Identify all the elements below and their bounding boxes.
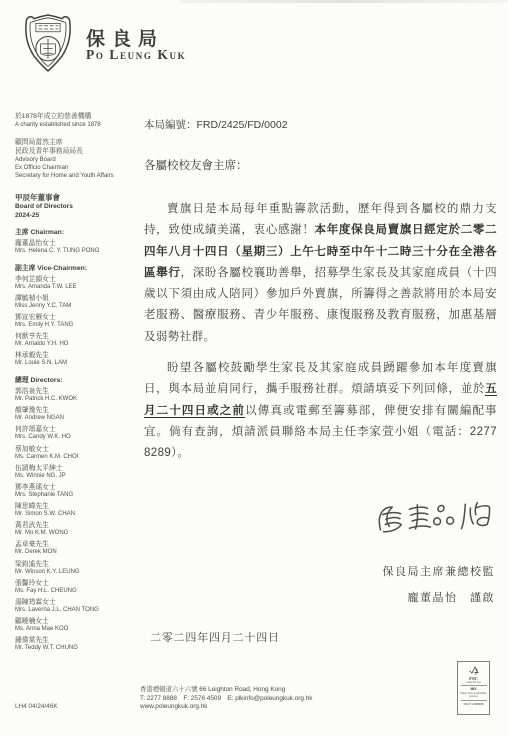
board-member: 孟卓豪先生Mr. Derek MON xyxy=(15,540,141,557)
member-name-zh: 郭浩泉先生 xyxy=(15,387,141,396)
board-member: 陳思暐先生Mr. Simon S.W. CHAN xyxy=(15,502,141,519)
paragraph-2: 盼望各屬校鼓勵學生家長及其家庭成員踴躍參加本年度賣旗日，與本局並肩同行，攜手服務… xyxy=(144,358,497,464)
paragraph-1-text-cont: ，深盼各屬校襄助善舉，招募學生家長及其家庭成員（十四歲以下須由成人陪同）參加戶外… xyxy=(144,267,497,343)
member-name-en: Ms. Fay H.L. CHEUNG xyxy=(15,588,141,596)
advisory-en-line3: Secretary for Home and Youth Affairs xyxy=(15,172,141,180)
po-leung-kuk-shield-logo xyxy=(20,13,76,73)
member-name-zh: 譚毓楨小姐 xyxy=(15,294,141,303)
scan-artifact xyxy=(180,0,508,3)
board-of-directors-heading: 甲辰年董事會 Board of Directors 2024-25 xyxy=(15,193,141,220)
board-year-en: Board of Directors xyxy=(15,203,141,212)
member-name-en: Mr. Louie S.N. LAM xyxy=(15,360,141,368)
footer-website: www.poleungkuk.org.hk xyxy=(140,703,312,712)
board-member: 鄧宣宏雁女士Mrs. Emily H.Y. TANG xyxy=(15,313,141,330)
org-name-english: Po Leung Kuk xyxy=(86,47,186,63)
established-en: A charity established since 1878 xyxy=(15,121,141,129)
board-member: 龐董晶怡女士Mrs. Helena C. Y. TUNG PONG xyxy=(15,239,141,256)
member-name-zh: 孟卓豪先生 xyxy=(15,540,141,549)
board-member: 鄧李燕瑤女士Mrs. Stephanie TANG xyxy=(15,483,141,500)
footer-contacts: T: 2277 8888 F: 2576 4509 E: plkinfo@pol… xyxy=(140,695,312,704)
board-member: 林承毅先生Mr. Louie S.N. LAM xyxy=(15,351,141,368)
advisory-en-line2: Ex Officio Chairman xyxy=(15,164,141,172)
board-member: 何猷亨先生Mr. Arnaldo Y.H. HO xyxy=(15,332,141,349)
member-name-en: Ms. Carmen K.M. CHOI xyxy=(15,454,141,462)
board-member: 顏肇豫先生Mr. Andrew NGAN xyxy=(15,406,141,423)
board-group: 副主席 Vice-Chairmen:李何芷韻女士Mrs. Amanda T.W.… xyxy=(15,264,141,368)
letter-date: 二零二四年四月二十四日 xyxy=(150,629,280,645)
member-name-zh: 顧曉楠女士 xyxy=(15,617,141,626)
board-member: 譚毓楨小姐Miss Jenny Y.C. TAM xyxy=(15,294,141,311)
board-member: 何許頌嘉女士Mrs. Candy W.K. HO xyxy=(15,425,141,442)
member-name-zh: 鍾偉棠先生 xyxy=(15,636,141,645)
fsc-certification-mark: FSC www.fsc.org MIX Paper from responsib… xyxy=(457,661,490,715)
letterhead-sidebar: 於1878年成立的慈善機構 A charity established sinc… xyxy=(15,112,141,656)
member-name-en: Mr. Patrick H.C. KWOK xyxy=(15,396,141,404)
member-name-en: Mr. Arnaldo Y.H. HO xyxy=(15,341,141,349)
print-code: LH4 04/24/46K xyxy=(15,703,58,710)
board-member-groups: 主席 Chairman:龐董晶怡女士Mrs. Helena C. Y. TUNG… xyxy=(15,228,141,653)
member-name-zh: 伍頴梅太平紳士 xyxy=(15,464,141,473)
board-group: 主席 Chairman:龐董晶怡女士Mrs. Helena C. Y. TUNG… xyxy=(15,228,141,256)
board-member: 顧曉楠女士Ms. Anna Mae KOO xyxy=(15,617,141,634)
member-name-zh: 黃君武先生 xyxy=(15,521,141,530)
member-name-en: Mr. Derek MON xyxy=(15,549,141,557)
board-member: 黃君武先生Mr. Mo K.M. WONG xyxy=(15,521,141,538)
board-group: 總理 Directors:郭浩泉先生Mr. Patrick H.C. KWOK顏… xyxy=(15,376,141,653)
member-name-zh: 何許頌嘉女士 xyxy=(15,425,141,434)
closing-title: 保良局主席兼總校監 xyxy=(383,563,496,579)
member-name-en: Mr. Teddy W.T. CHUNG xyxy=(15,645,141,653)
board-member: 伍頴梅太平紳士Ms. Winnie NG, JP xyxy=(15,464,141,481)
member-name-en: Mr. Mo K.M. WONG xyxy=(15,530,141,538)
member-name-zh: 林承毅先生 xyxy=(15,351,141,360)
member-name-zh: 梁鈞遙先生 xyxy=(15,560,141,569)
member-name-en: Mr. Andrew NGAN xyxy=(15,415,141,423)
handwritten-signature xyxy=(372,497,494,541)
advisory-en-line1: Advisory Board xyxy=(15,156,141,164)
footer-address: 香港禮頓道六十六號 66 Leighton Road, Hong Kong xyxy=(140,686,312,695)
closing-name: 龐董晶怡 謹啟 xyxy=(408,589,496,605)
board-member: 蔡加敏女士Ms. Carmen K.M. CHOI xyxy=(15,445,141,462)
paragraph-1: 賣旗日是本局每年重點籌款活動，歷年得到各屬校的鼎力支持，致使成績美滿，衷心感謝！… xyxy=(144,199,497,348)
member-name-en: Ms. Anna Mae KOO xyxy=(15,626,141,634)
reference-number: 本局編號：FRD/2425/FD/0002 xyxy=(144,117,288,132)
member-name-en: Mrs. Helena C. Y. TUNG PONG xyxy=(15,248,141,256)
member-name-zh: 龐董晶怡女士 xyxy=(15,239,141,248)
member-name-zh: 湯陳筠霖女士 xyxy=(15,598,141,607)
board-member: 梁鈞遙先生Mr. Winson K.Y. LEUNG xyxy=(15,560,141,577)
member-name-zh: 鄧宣宏雁女士 xyxy=(15,313,141,322)
member-name-zh: 鄧李燕瑤女士 xyxy=(15,483,141,492)
member-name-zh: 蔡加敏女士 xyxy=(15,445,141,454)
member-name-zh: 顏肇豫先生 xyxy=(15,406,141,415)
member-name-en: Mr. Winson K.Y. LEUNG xyxy=(15,569,141,577)
board-member: 鍾偉棠先生Mr. Teddy W.T. CHUNG xyxy=(15,636,141,653)
board-group-title: 總理 Directors: xyxy=(15,376,141,385)
fsc-tree-check-icon xyxy=(468,664,480,676)
member-name-en: Mrs. Emily H.Y. TANG xyxy=(15,322,141,330)
board-member: 張馨玲女士Ms. Fay H.L. CHEUNG xyxy=(15,579,141,596)
board-group-title: 主席 Chairman: xyxy=(15,228,141,237)
member-name-en: Ms. Winnie NG, JP xyxy=(15,473,141,481)
board-term: 2024-25 xyxy=(15,212,141,221)
member-name-zh: 陳思暐先生 xyxy=(15,502,141,511)
advisory-board-block: 顧問局當然主席 民政及青年事務局局長 Advisory Board Ex Off… xyxy=(15,138,141,180)
board-member: 李何芷韻女士Mrs. Amanda T.W. LEE xyxy=(15,275,141,292)
fsc-description: Paper from responsible sources xyxy=(461,692,487,701)
board-group-title: 副主席 Vice-Chairmen: xyxy=(15,264,141,273)
salutation: 各屬校校友會主席： xyxy=(144,157,248,173)
member-name-en: Mrs. Laverna J.L. CHAN TONG xyxy=(15,607,141,615)
member-name-en: Mrs. Candy W.K. HO xyxy=(15,434,141,442)
member-name-en: Mrs. Stephanie TANG xyxy=(15,492,141,500)
board-year-zh: 甲辰年董事會 xyxy=(15,193,141,203)
member-name-zh: 李何芷韻女士 xyxy=(15,275,141,284)
charity-established: 於1878年成立的慈善機構 A charity established sinc… xyxy=(15,112,141,129)
paragraph-2-text: 盼望各屬校鼓勵學生家長及其家庭成員踴躍參加本年度賣旗日，與本局並肩同行，攜手服務… xyxy=(144,362,497,395)
member-name-zh: 張馨玲女士 xyxy=(15,579,141,588)
member-name-en: Miss Jenny Y.C. TAM xyxy=(15,303,141,311)
fsc-cert-code: FSC® C098998 xyxy=(464,701,484,707)
board-member: 湯陳筠霖女士Mrs. Laverna J.L. CHAN TONG xyxy=(15,598,141,615)
fsc-url: www.fsc.org xyxy=(461,681,487,686)
advisory-zh-line2: 民政及青年事務局局長 xyxy=(15,147,141,156)
member-name-zh: 何猷亨先生 xyxy=(15,332,141,341)
footer-contact-block: 香港禮頓道六十六號 66 Leighton Road, Hong Kong T:… xyxy=(140,686,312,712)
advisory-zh-line1: 顧問局當然主席 xyxy=(15,138,141,147)
member-name-en: Mr. Simon S.W. CHAN xyxy=(15,511,141,519)
scanned-letter-page: 保良局 Po Leung Kuk 於1878年成立的慈善機構 A charity… xyxy=(0,0,508,736)
board-member: 郭浩泉先生Mr. Patrick H.C. KWOK xyxy=(15,387,141,404)
member-name-en: Mrs. Amanda T.W. LEE xyxy=(15,284,141,292)
established-zh: 於1878年成立的慈善機構 xyxy=(15,112,141,121)
